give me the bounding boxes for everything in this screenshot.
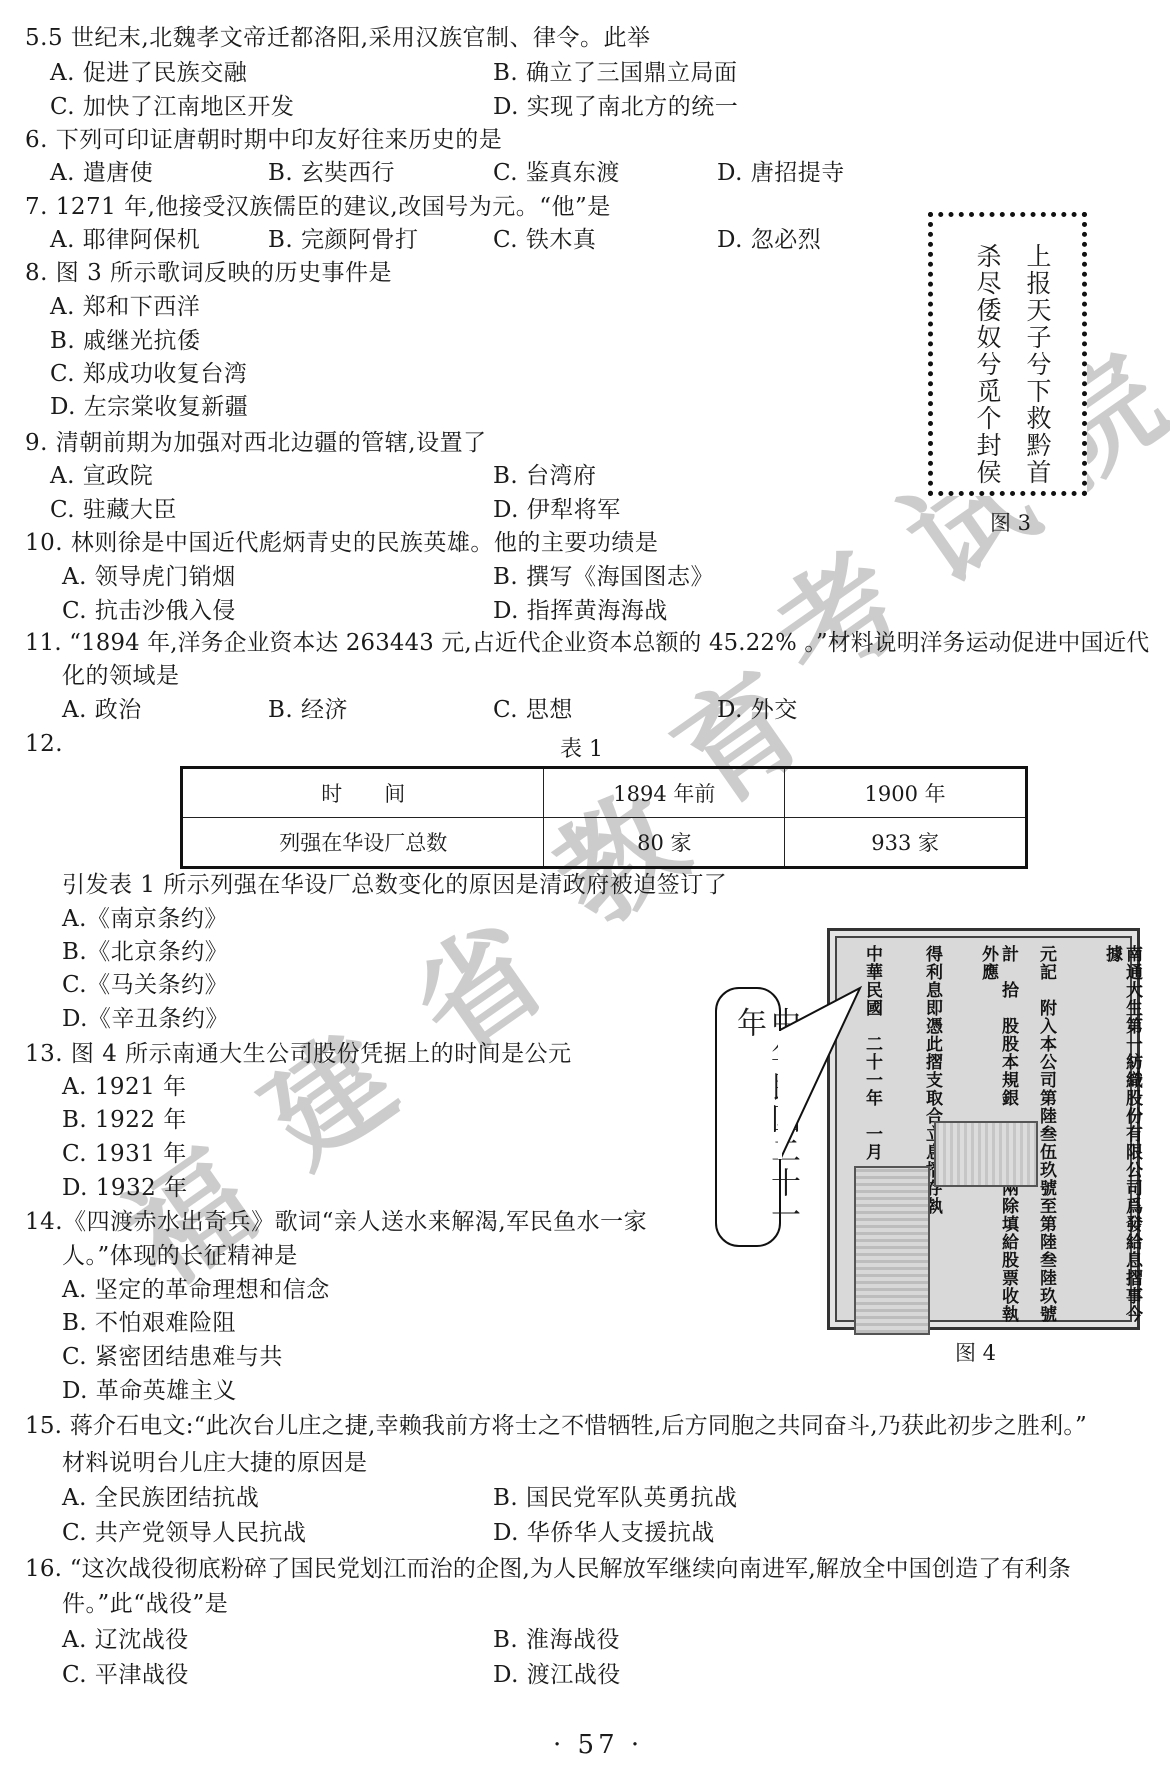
q11-option-a[interactable]: A. 政治 <box>62 695 142 725</box>
q11-stem: 11. “1894 年,洋务企业资本达 263443 元,占近代企业资本总额的 … <box>25 628 1149 658</box>
table-cell: 933 家 <box>785 818 1027 868</box>
q12-option-a[interactable]: A.《南京条约》 <box>62 904 228 934</box>
q6-option-c[interactable]: C. 鉴真东渡 <box>493 158 620 188</box>
seal-stamp <box>934 1121 1038 1187</box>
figure-3-caption: 图 3 <box>990 510 1031 536</box>
q16-stem: 16. “这次战役彻底粉碎了国民党划江而治的企图,为人民解放军继续向南进军,解放… <box>25 1554 1071 1584</box>
q15-option-a[interactable]: A. 全民族团结抗战 <box>62 1483 259 1513</box>
figure-3-lyrics-box: 上报天子兮下救黔首 杀尽倭奴兮觅个封侯 <box>928 212 1087 496</box>
q6-option-d[interactable]: D. 唐招提寺 <box>717 158 845 188</box>
q12-option-c[interactable]: C.《马关条约》 <box>62 970 228 1000</box>
q11-option-d[interactable]: D. 外交 <box>717 695 798 725</box>
table-cell: 1894 年前 <box>544 768 785 818</box>
q16-stem-continued: 件。”此“战役”是 <box>62 1589 228 1619</box>
q8-stem: 8. 图 3 所示歌词反映的历史事件是 <box>25 258 392 288</box>
q5-option-d[interactable]: D. 实现了南北方的统一 <box>493 92 738 122</box>
q15-option-c[interactable]: C. 共产党领导人民抗战 <box>62 1518 306 1548</box>
q7-option-c[interactable]: C. 铁木真 <box>493 225 596 255</box>
q5-option-a[interactable]: A. 促进了民族交融 <box>50 58 247 88</box>
exam-page: 福 建 省 教 育 考 试 院 5.5 世纪末,北魏孝文帝迁都洛阳,采用汉族官制… <box>0 0 1170 1784</box>
watermark-char: 考 <box>756 536 923 703</box>
q15-option-b[interactable]: B. 国民党军队英勇抗战 <box>493 1483 738 1513</box>
q8-option-a[interactable]: A. 郑和下西洋 <box>50 292 200 322</box>
q12-number: 12. <box>25 729 63 759</box>
certificate-column: 元記 附入本公司第陸叁伍玖號至第陸叁陸玖號 <box>1036 945 1056 1323</box>
q8-option-b[interactable]: B. 戚继光抗倭 <box>50 326 201 356</box>
callout-text: 中华民国二十一年 <box>731 1007 799 1245</box>
q12-option-d[interactable]: D.《辛丑条约》 <box>62 1004 229 1034</box>
q13-option-d[interactable]: D. 1932 年 <box>62 1173 188 1203</box>
q10-option-b[interactable]: B. 撰写《海国图志》 <box>493 562 714 592</box>
q9-option-a[interactable]: A. 宣政院 <box>50 461 153 491</box>
q6-option-a[interactable]: A. 遣唐使 <box>50 158 153 188</box>
q13-stem: 13. 图 4 所示南通大生公司股份凭据上的时间是公元 <box>25 1039 572 1069</box>
table-cell: 列强在华设厂总数 <box>182 818 544 868</box>
q13-option-b[interactable]: B. 1922 年 <box>62 1105 187 1135</box>
seal-stamp <box>854 1166 930 1335</box>
table-1: 时 间 1894 年前 1900 年 列强在华设厂总数 80 家 933 家 <box>180 766 1028 869</box>
q10-option-a[interactable]: A. 领导虎门销烟 <box>62 562 236 592</box>
q6-option-b[interactable]: B. 玄奘西行 <box>268 158 395 188</box>
q7-option-a[interactable]: A. 耶律阿保机 <box>50 225 200 255</box>
q16-option-a[interactable]: A. 辽沈战役 <box>62 1625 189 1655</box>
q5-option-b[interactable]: B. 确立了三国鼎立局面 <box>493 58 738 88</box>
q14-option-d[interactable]: D. 革命英雄主义 <box>62 1376 237 1406</box>
q9-option-b[interactable]: B. 台湾府 <box>493 461 597 491</box>
q14-stem: 14.《四渡赤水出奇兵》歌词“亲人送水来解渴,军民鱼水一家 <box>25 1207 647 1237</box>
q6-stem: 6. 下列可印证唐朝时期中印友好往来历史的是 <box>25 125 502 155</box>
q7-option-d[interactable]: D. 忽必烈 <box>717 225 821 255</box>
q15-stem-continued: 材料说明台儿庄大捷的原因是 <box>62 1448 368 1478</box>
q9-option-c[interactable]: C. 驻藏大臣 <box>50 495 177 525</box>
q14-option-c[interactable]: C. 紧密团结患难与共 <box>62 1342 283 1372</box>
table-cell: 时 间 <box>182 768 544 818</box>
q15-stem: 15. 蒋介石电文:“此次台儿庄之捷,幸赖我前方将士之不惜牺牲,后方同胞之共同奋… <box>25 1411 1087 1441</box>
q11-option-c[interactable]: C. 思想 <box>493 695 573 725</box>
figure-4-share-certificate: 南通大生第一紡織股份有限公司爲發給息摺事今據 元記 附入本公司第陸叁伍玖號至第陸… <box>827 928 1140 1330</box>
q7-option-b[interactable]: B. 完颜阿骨打 <box>268 225 419 255</box>
table-1-caption: 表 1 <box>560 732 603 763</box>
table-cell: 80 家 <box>544 818 785 868</box>
table-cell: 1900 年 <box>785 768 1027 818</box>
q14-stem-continued: 人。”体现的长征精神是 <box>62 1241 298 1271</box>
q9-stem: 9. 清朝前期为加强对西北边疆的管辖,设置了 <box>25 428 487 458</box>
q13-option-a[interactable]: A. 1921 年 <box>62 1072 187 1102</box>
q12-stem: 引发表 1 所示列强在华设厂总数变化的原因是清政府被迫签订了 <box>62 870 727 900</box>
q8-option-c[interactable]: C. 郑成功收复台湾 <box>50 359 247 389</box>
callout-bubble: 中华民国二十一年 <box>715 987 781 1247</box>
q9-option-d[interactable]: D. 伊犁将军 <box>493 495 621 525</box>
q10-stem: 10. 林则徐是中国近代彪炳青史的民族英雄。他的主要功绩是 <box>25 528 658 558</box>
q8-option-d[interactable]: D. 左宗棠收复新疆 <box>50 392 248 422</box>
q11-stem-continued: 化的领域是 <box>62 661 180 691</box>
q14-option-b[interactable]: B. 不怕艰难险阻 <box>62 1308 236 1338</box>
q16-option-b[interactable]: B. 淮海战役 <box>493 1625 620 1655</box>
q10-option-c[interactable]: C. 抗击沙俄入侵 <box>62 596 236 626</box>
q11-option-b[interactable]: B. 经济 <box>268 695 348 725</box>
figure-4-caption: 图 4 <box>955 1340 996 1366</box>
q15-option-d[interactable]: D. 华侨华人支援抗战 <box>493 1518 715 1548</box>
q12-option-b[interactable]: B.《北京条约》 <box>62 937 228 967</box>
q5-option-c[interactable]: C. 加快了江南地区开发 <box>50 92 294 122</box>
lyrics-right-column: 上报天子兮下救黔首 <box>1023 243 1051 486</box>
q16-option-d[interactable]: D. 渡江战役 <box>493 1660 621 1690</box>
q10-option-d[interactable]: D. 指挥黄海海战 <box>493 596 668 626</box>
page-number: · 57 · <box>553 1730 643 1760</box>
q5-stem: 5.5 世纪末,北魏孝文帝迁都洛阳,采用汉族官制、律令。此举 <box>25 23 651 53</box>
table-row: 列强在华设厂总数 80 家 933 家 <box>182 818 1027 868</box>
table-header-row: 时 间 1894 年前 1900 年 <box>182 768 1027 818</box>
lyrics-left-column: 杀尽倭奴兮觅个封侯 <box>973 243 1001 486</box>
q14-option-a[interactable]: A. 坚定的革命理想和信念 <box>62 1275 330 1305</box>
q13-option-c[interactable]: C. 1931 年 <box>62 1139 187 1169</box>
q7-stem: 7. 1271 年,他接受汉族儒臣的建议,改国号为元。“他”是 <box>25 192 611 222</box>
certificate-column: 南通大生第一紡織股份有限公司爲發給息摺事今據 <box>1102 945 1142 1327</box>
q16-option-c[interactable]: C. 平津战役 <box>62 1660 189 1690</box>
